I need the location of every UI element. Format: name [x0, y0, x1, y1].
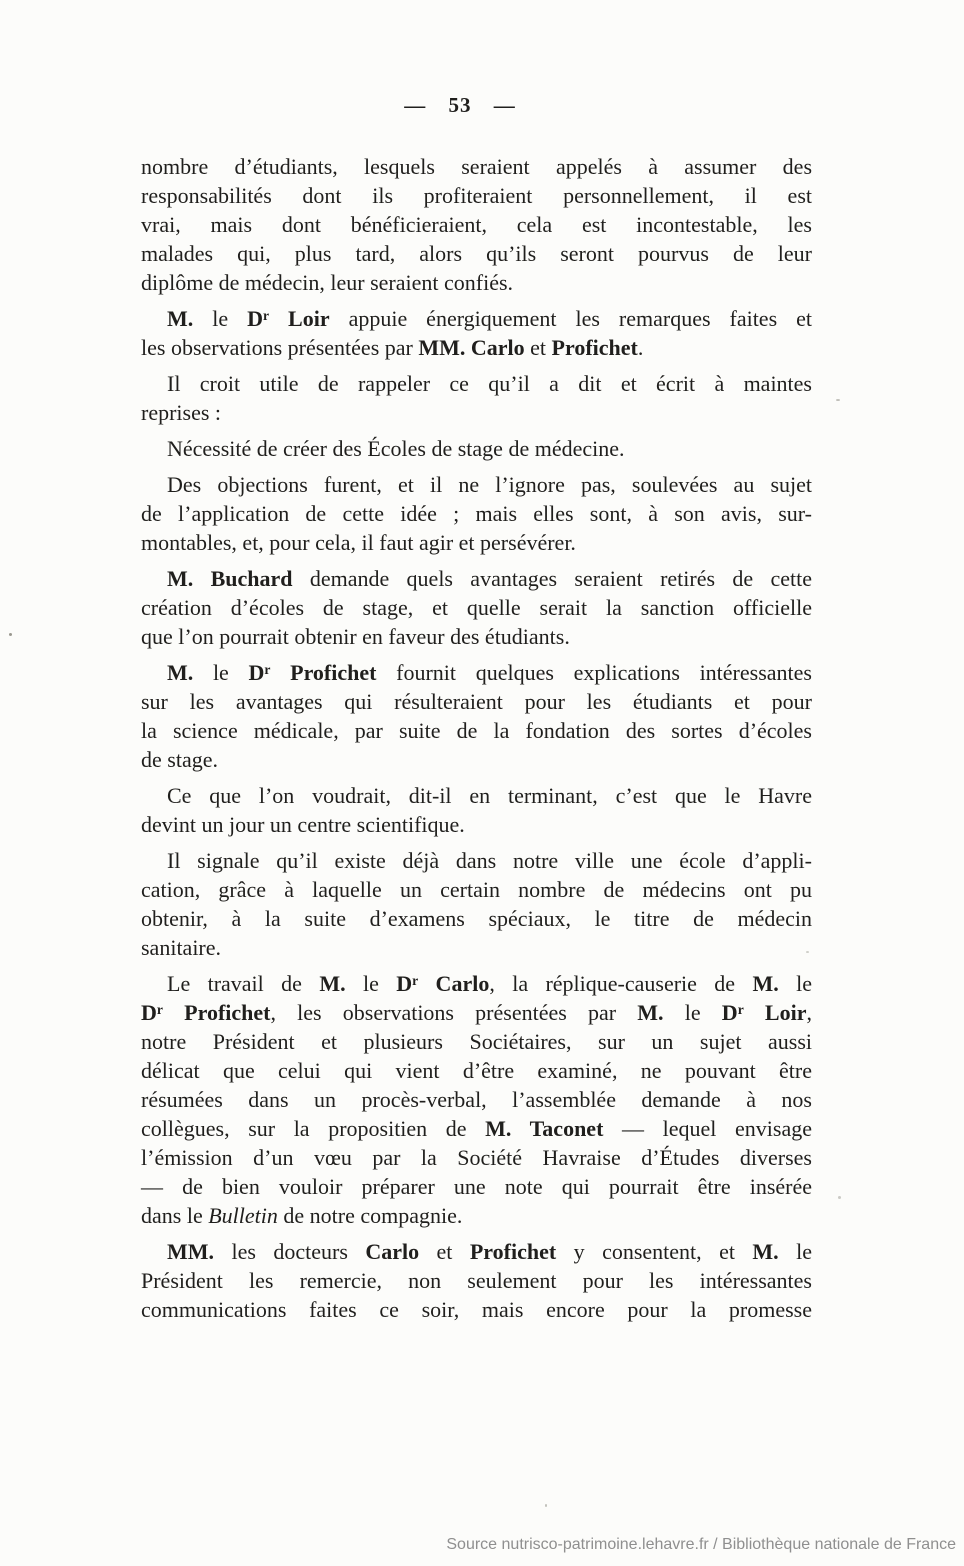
text-line: Dr Profichet, les observations présentée…: [141, 998, 812, 1027]
text-line: Président les remercie, non seulement po…: [141, 1266, 812, 1295]
text-line: les observations présentées par MM. Carl…: [141, 333, 812, 362]
text-line: dans le Bulletin de notre compagnie.: [141, 1201, 812, 1230]
scan-speck: [836, 399, 840, 401]
text-line: sur les avantages qui résulteraient pour…: [141, 687, 812, 716]
paragraph: Il signale qu’il existe déjà dans notre …: [141, 846, 812, 962]
scan-speck: [806, 951, 809, 953]
text-line: reprises :: [141, 398, 812, 427]
paragraph: Des objections furent, et il ne l’ignore…: [141, 470, 812, 557]
scan-speck: [838, 1196, 841, 1199]
paragraph: M. Buchard demande quels avantages serai…: [141, 564, 812, 651]
text-line: responsabilités dont ils profiteraient p…: [141, 181, 812, 210]
text-line: devint un jour un centre scientifique.: [141, 810, 812, 839]
text-line: — de bien vouloir préparer une note qui …: [141, 1172, 812, 1201]
text-line: délicat que celui qui vient d’être exami…: [141, 1056, 812, 1085]
text-line: montables, et, pour cela, il faut agir e…: [141, 528, 812, 557]
text-line: Nécessité de créer des Écoles de stage d…: [141, 434, 812, 463]
paragraph: Le travail de M. le Dr Carlo, la répliqu…: [141, 969, 812, 1230]
paragraph: Nécessité de créer des Écoles de stage d…: [141, 434, 812, 463]
text-line: MM. les docteurs Carlo et Profichet y co…: [141, 1237, 812, 1266]
text-line: création d’écoles de stage, et quelle se…: [141, 593, 812, 622]
text-line: M. le Dr Loir appuie énergiquement les r…: [141, 304, 812, 333]
text-line: communications faites ce soir, mais enco…: [141, 1295, 812, 1324]
text-line: Ce que l’on voudrait, dit-il en terminan…: [141, 781, 812, 810]
text-line: de stage.: [141, 745, 812, 774]
text-line: nombre d’étudiants, lesquels seraient ap…: [141, 152, 812, 181]
source-attribution: Source nutrisco-patrimoine.lehavre.fr / …: [446, 1536, 956, 1554]
text-line: vrai, mais dont bénéficieraient, cela es…: [141, 210, 812, 239]
text-line: M. Buchard demande quels avantages serai…: [141, 564, 812, 593]
paragraph: Il croit utile de rappeler ce qu’il a di…: [141, 369, 812, 427]
text-line: Il croit utile de rappeler ce qu’il a di…: [141, 369, 812, 398]
text-line: Des objections furent, et il ne l’ignore…: [141, 470, 812, 499]
page-text: nombre d’étudiants, lesquels seraient ap…: [141, 152, 812, 1331]
scan-speck: [545, 1504, 547, 1507]
paragraph: M. le Dr Profichet fournit quelques expl…: [141, 658, 812, 774]
paragraph: nombre d’étudiants, lesquels seraient ap…: [141, 152, 812, 297]
text-line: collègues, sur la propositien de M. Taco…: [141, 1114, 812, 1143]
text-line: que l’on pourrait obtenir en faveur des …: [141, 622, 812, 651]
text-line: notre Président et plusieurs Sociétaires…: [141, 1027, 812, 1056]
page-number: — 53 —: [140, 93, 780, 118]
text-line: M. le Dr Profichet fournit quelques expl…: [141, 658, 812, 687]
text-line: la science médicale, par suite de la fon…: [141, 716, 812, 745]
text-line: l’émission d’un vœu par la Société Havra…: [141, 1143, 812, 1172]
paragraph: M. le Dr Loir appuie énergiquement les r…: [141, 304, 812, 362]
text-line: Il signale qu’il existe déjà dans notre …: [141, 846, 812, 875]
scan-speck: [9, 633, 12, 636]
text-line: Le travail de M. le Dr Carlo, la répliqu…: [141, 969, 812, 998]
text-line: obtenir, à la suite d’examens spéciaux, …: [141, 904, 812, 933]
text-line: cation, grâce à laquelle un certain nomb…: [141, 875, 812, 904]
text-line: résumées dans un procès-verbal, l’assemb…: [141, 1085, 812, 1114]
paragraph: Ce que l’on voudrait, dit-il en terminan…: [141, 781, 812, 839]
text-line: de l’application de cette idée ; mais el…: [141, 499, 812, 528]
paragraph: MM. les docteurs Carlo et Profichet y co…: [141, 1237, 812, 1324]
text-line: sanitaire.: [141, 933, 812, 962]
text-line: malades qui, plus tard, alors qu’ils ser…: [141, 239, 812, 268]
text-line: diplôme de médecin, leur seraient confié…: [141, 268, 812, 297]
